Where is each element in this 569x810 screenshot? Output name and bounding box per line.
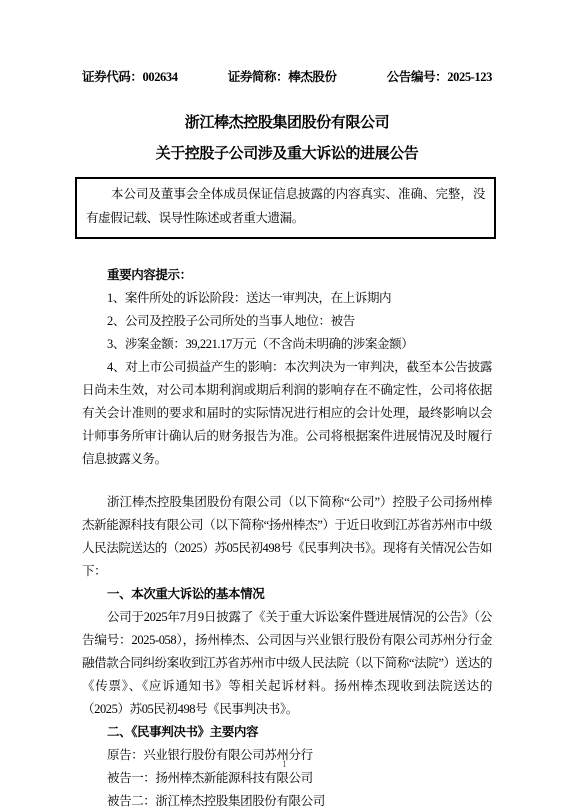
disclaimer-box: 本公司及董事会全体成员保证信息披露的内容真实、准确、完整，没有虚假记载、误导性陈…: [75, 177, 496, 239]
notice-item-party-status: 2、公司及控股子公司所处的当事人地位：被告: [82, 310, 492, 333]
intro-paragraph: 浙江棒杰控股集团股份有限公司（以下简称“公司”）控股子公司扬州棒杰新能源科技有限…: [82, 491, 492, 583]
stock-name-label: 证券简称：棒杰股份: [228, 66, 337, 89]
announcement-document-page: 证券代码：002634 证券简称：棒杰股份 公告编号：2025-123 浙江棒杰…: [0, 0, 569, 810]
stock-code-label: 证券代码：002634: [82, 66, 178, 89]
party-defendant-2: 被告二：浙江棒杰控股集团股份有限公司: [82, 790, 492, 810]
party-defendant-1: 被告一：扬州棒杰新能源科技有限公司: [82, 767, 492, 790]
section1-heading: 一、本次重大诉讼的基本情况: [82, 583, 492, 606]
announcement-title: 关于控股子公司涉及重大诉讼的进展公告: [82, 144, 492, 164]
notice-item-litigation-stage: 1、案件所处的诉讼阶段：送达一审判决，在上诉期内: [82, 287, 492, 310]
notice-item-amount: 3、涉案金额：39,221.17万元（不含尚未明确的涉案金额）: [82, 333, 492, 356]
notice-item-profit-impact: 4、对上市公司损益产生的影响：本次判决为一审判决，截至本公告披露日尚未生效，对公…: [82, 356, 492, 471]
page-number: 1: [0, 758, 569, 770]
important-notice-heading: 重要内容提示：: [82, 264, 492, 287]
section1-paragraph: 公司于2025年7月9日披露了《关于重大诉讼案件暨进展情况的公告》（公告编号：2…: [82, 606, 492, 721]
paragraph-gap: [82, 471, 492, 491]
section2-heading: 二、《民事判决书》主要内容: [82, 721, 492, 744]
company-title: 浙江棒杰控股集团股份有限公司: [82, 113, 492, 133]
disclaimer-text: 本公司及董事会全体成员保证信息披露的内容真实、准确、完整，没有虚假记载、误导性陈…: [86, 182, 485, 230]
document-header: 证券代码：002634 证券简称：棒杰股份 公告编号：2025-123: [82, 66, 492, 89]
announcement-number-label: 公告编号：2025-123: [387, 66, 492, 89]
